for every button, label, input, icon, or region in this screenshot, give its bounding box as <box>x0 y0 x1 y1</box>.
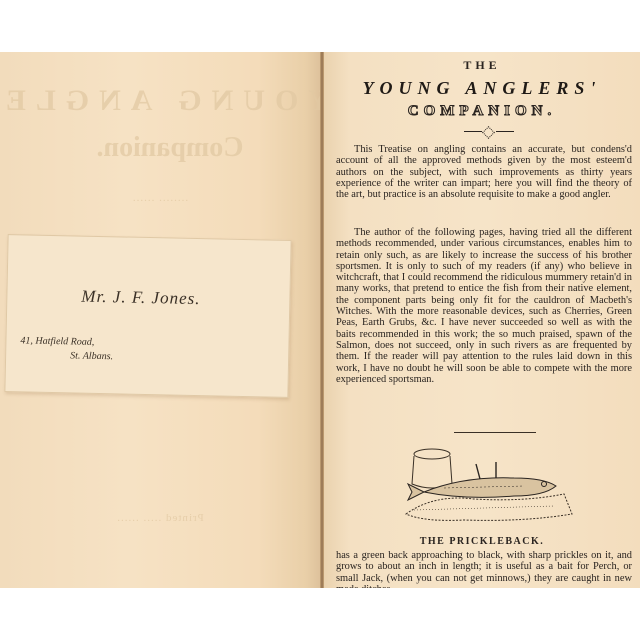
right-page: THE YOUNG ANGLERS' COMPANION. This Treat… <box>324 52 640 588</box>
owner-address-town: St. Albans. <box>70 350 113 362</box>
bookplate-card: Mr. J. F. Jones. 41, Hatfield Road, St. … <box>4 234 291 398</box>
prickleback-description: has a green back approaching to black, w… <box>336 550 632 588</box>
intro-paragraph: This Treatise on angling contains an acc… <box>336 144 632 200</box>
owner-address-street: 41, Hatfield Road, <box>20 335 94 348</box>
ornament-divider-icon <box>464 129 514 135</box>
author-paragraph: The author of the following pages, havin… <box>336 227 632 385</box>
left-page: YOUNG ANGLERS Companion. ........ ......… <box>0 52 322 588</box>
section-rule <box>454 432 536 433</box>
open-book: YOUNG ANGLERS Companion. ........ ......… <box>0 52 640 588</box>
owner-name: Mr. J. F. Jones. <box>81 287 200 309</box>
show-through-subtitle: Companion. <box>60 132 280 164</box>
show-through-title: YOUNG ANGLERS <box>0 84 322 118</box>
show-through-line: ........ ...... <box>10 192 310 204</box>
illustration-caption: THE PRICKLEBACK. <box>324 536 640 547</box>
title-the: THE <box>324 58 640 73</box>
fish-illustration-icon <box>404 444 574 524</box>
page-title: YOUNG ANGLERS' <box>324 78 640 99</box>
show-through-line: Printed ..... ...... <box>10 512 310 524</box>
page-subtitle: COMPANION. <box>324 103 640 120</box>
